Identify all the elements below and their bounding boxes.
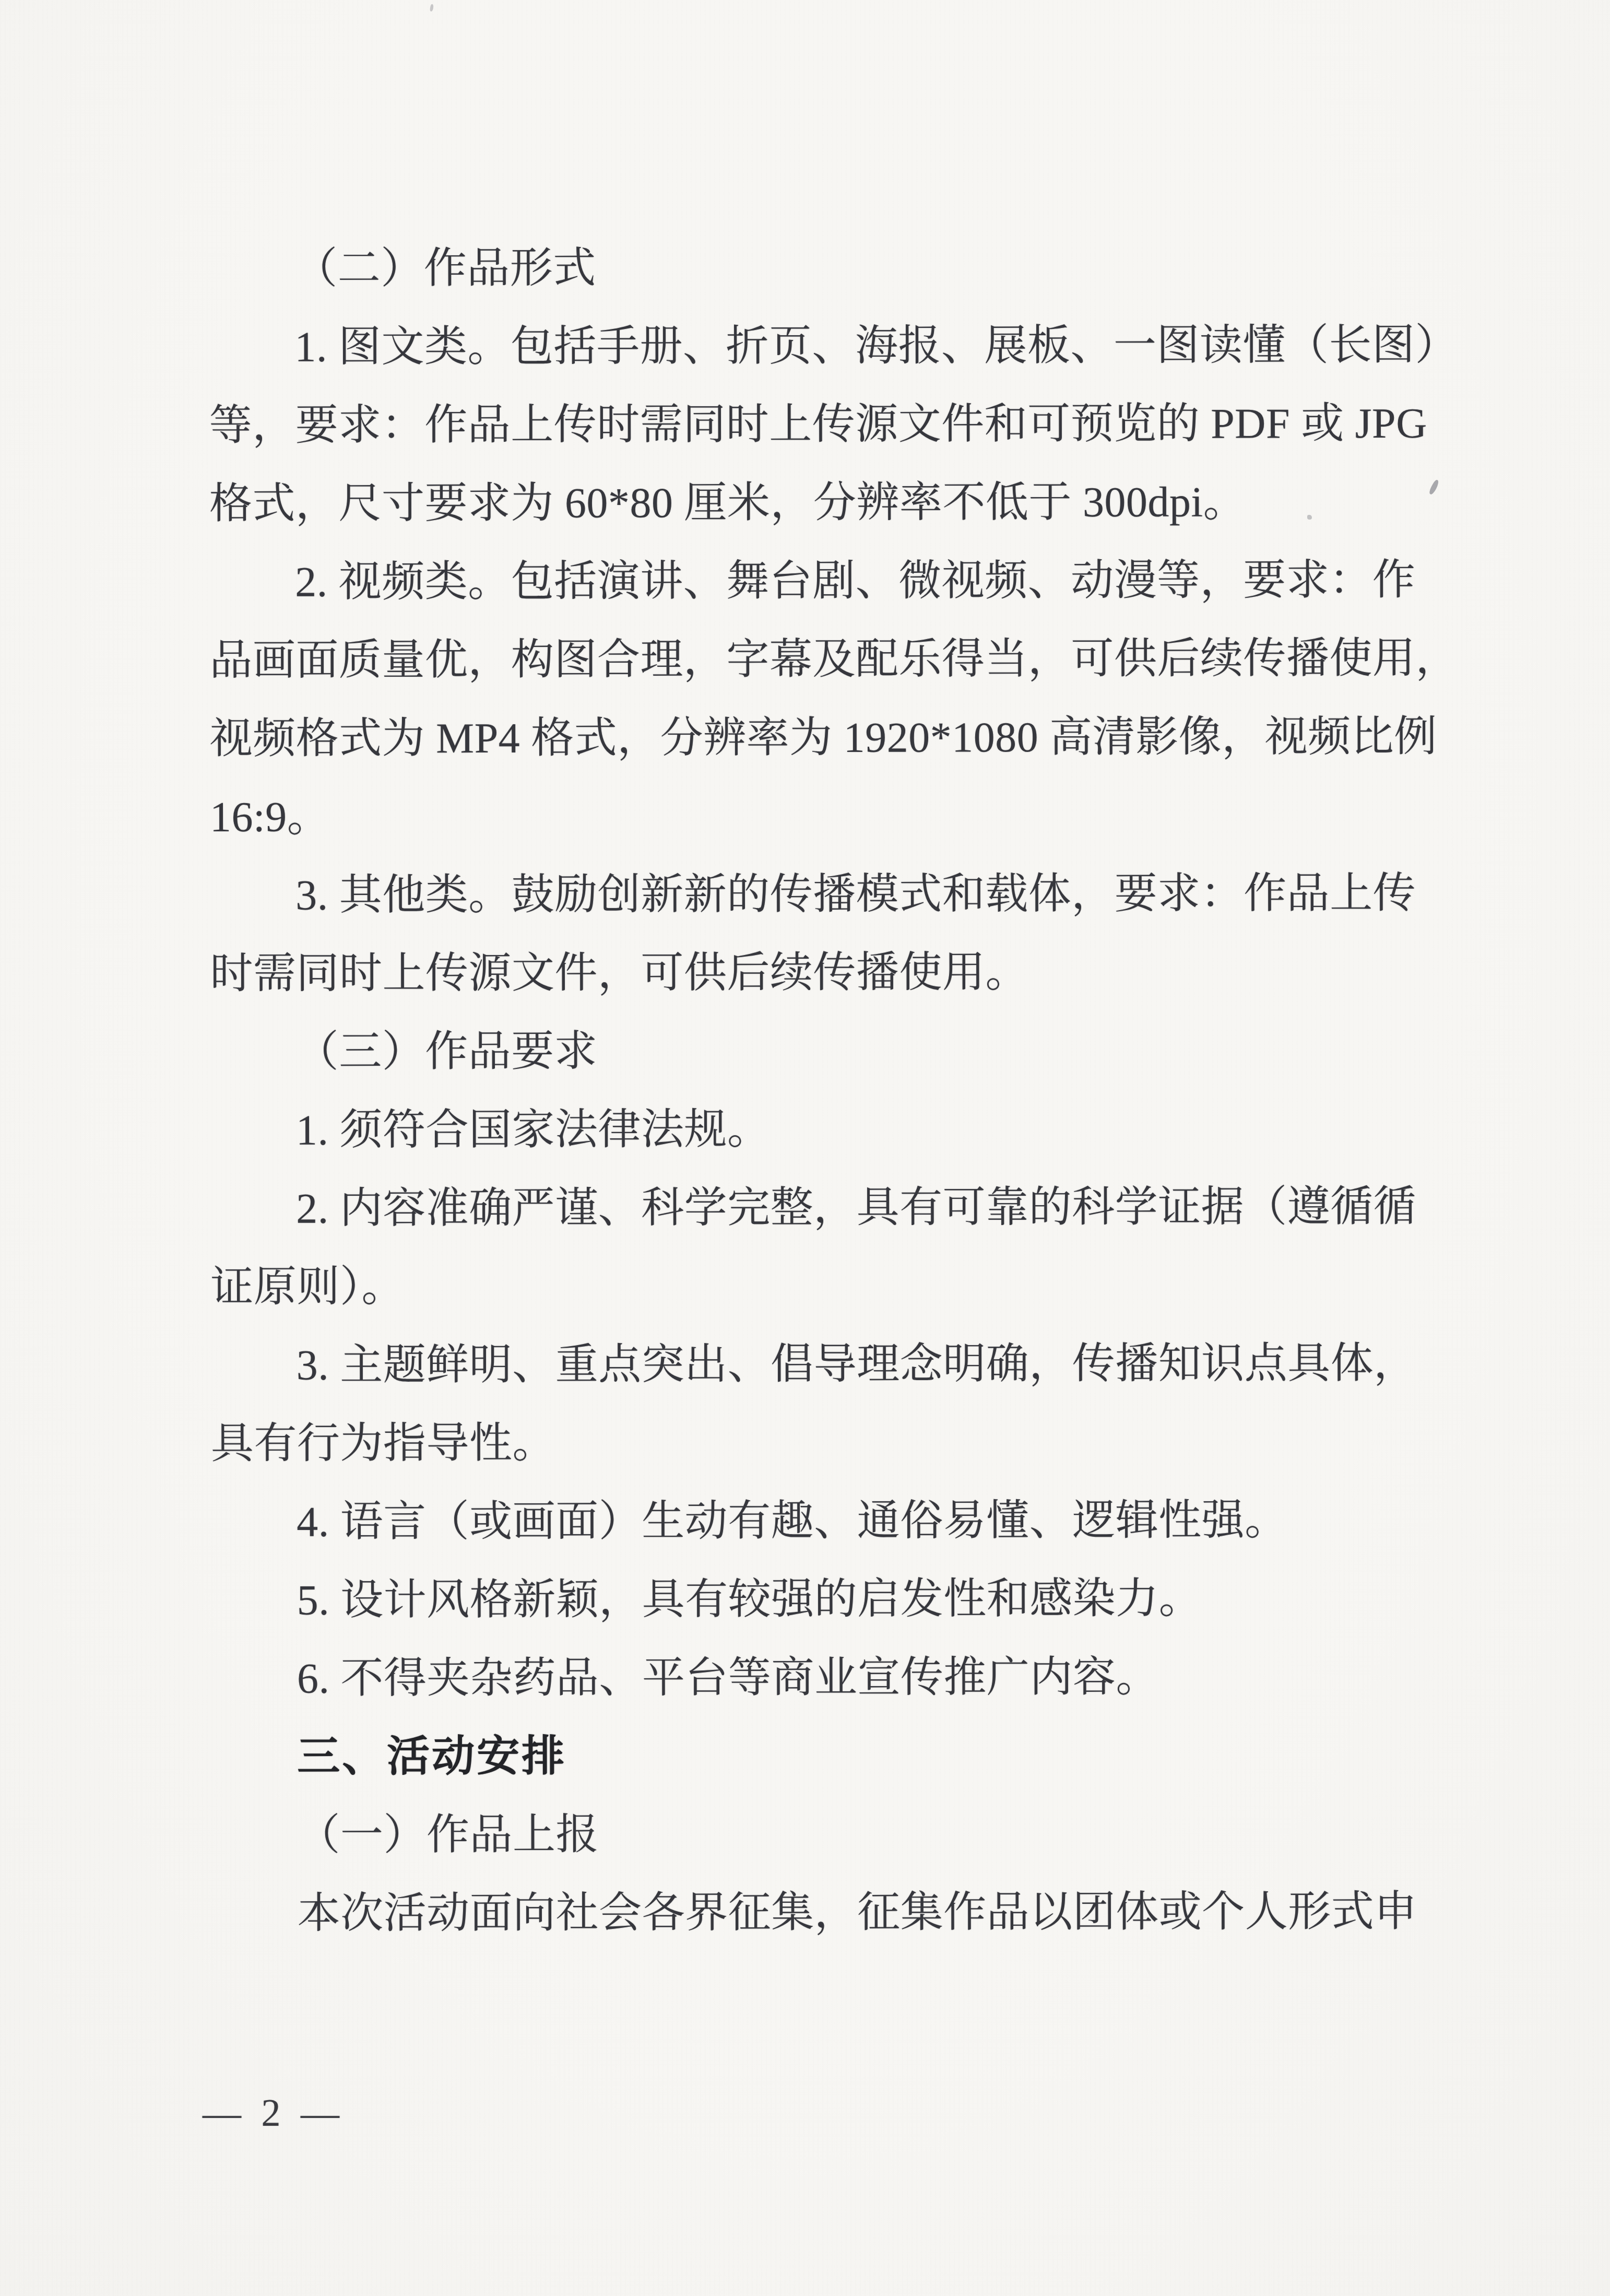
doc-line-07: 视频格式为 MP4 格式，分辨率为 1920*1080 高清影像，视频比例 [210,698,1452,778]
doc-line-17: 4. 语言（或画面）生动有趣、通俗易懂、逻辑性强。 [211,1481,1453,1561]
doc-line-06: 品画面质量优，构图合理，字幕及配乐得当，可供后续传播使用， [209,619,1452,700]
doc-line-16: 具有行为指导性。 [211,1403,1453,1483]
doc-line-12: 1. 须符合国家法律法规。 [210,1089,1453,1170]
doc-line-02: 1. 图文类。包括手册、折页、海报、展板、一图读懂（长图） [209,306,1451,386]
doc-line-03: 等，要求：作品上传时需同时上传源文件和可预览的 PDF 或 JPG [209,384,1452,465]
doc-line-08: 16:9。 [210,776,1452,856]
doc-line-11: （三）作品要求 [210,1011,1453,1091]
doc-line-22: 本次活动面向社会各界征集，征集作品以团体或个人形式申 [211,1873,1454,1953]
doc-line-04: 格式，尺寸要求为 60*80 厘米，分辨率不低于 300dpi。 [209,463,1452,543]
doc-line-05: 2. 视频类。包括演讲、舞台剧、微视频、动漫等，要求：作 [209,541,1452,621]
doc-line-18: 5. 设计风格新颖，具有较强的启发性和感染力。 [211,1559,1453,1640]
document-body: （二）作品形式 1. 图文类。包括手册、折页、海报、展板、一图读懂（长图） 等，… [209,228,1454,1953]
doc-line-01: （二）作品形式 [209,228,1451,308]
doc-line-19: 6. 不得夹杂药品、平台等商业宣传推广内容。 [211,1638,1454,1718]
page-number: — 2 — [203,2085,345,2142]
doc-heading-activity-arrangement: 三、活动安排 [211,1716,1454,1796]
doc-line-15: 3. 主题鲜明、重点突出、倡导理念明确，传播知识点具体， [211,1324,1453,1405]
doc-line-10: 时需同时上传源文件，可供后续传播使用。 [210,933,1452,1013]
scan-artifact-speck [430,4,434,12]
doc-line-21: （一）作品上报 [211,1794,1454,1875]
doc-line-14: 证原则）。 [210,1246,1453,1326]
doc-line-13: 2. 内容准确严谨、科学完整，具有可靠的科学证据（遵循循 [210,1168,1453,1248]
document-page: （二）作品形式 1. 图文类。包括手册、折页、海报、展板、一图读懂（长图） 等，… [0,0,1610,2296]
doc-line-09: 3. 其他类。鼓励创新新的传播模式和载体，要求：作品上传 [210,854,1452,935]
